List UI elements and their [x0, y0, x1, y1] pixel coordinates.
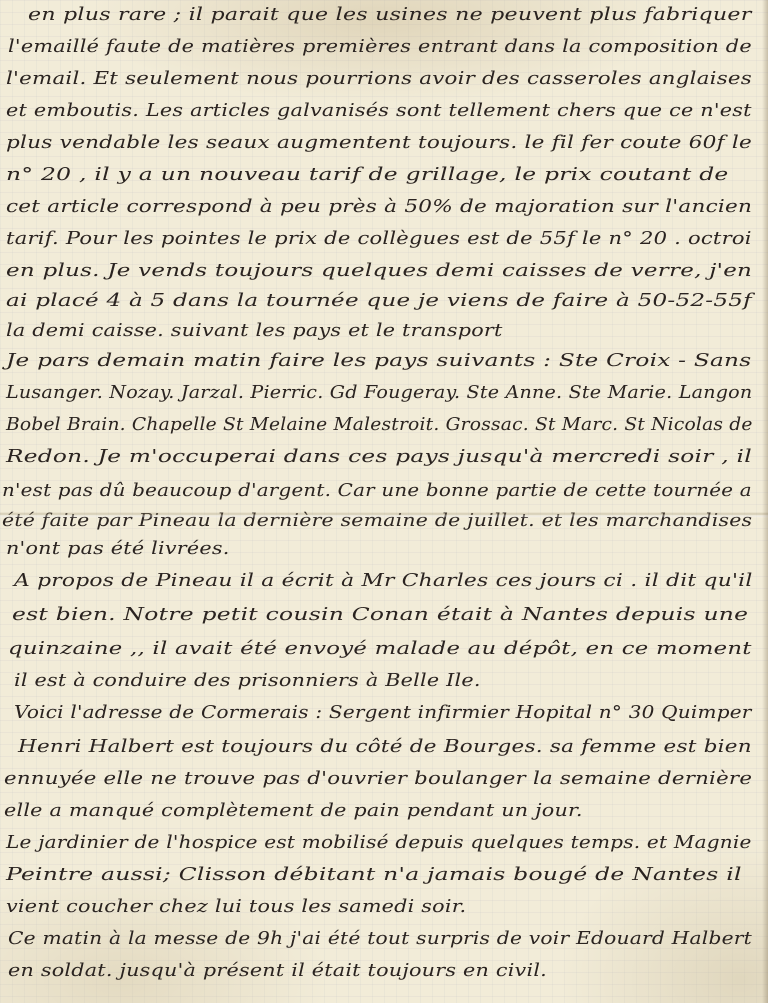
letter-line: Peintre aussi; Clisson débitant n'a jama…	[6, 864, 742, 885]
letter-line: l'emaillé faute de matières premières en…	[8, 36, 752, 57]
letter-line: cet article correspond à peu près à 50% …	[6, 196, 752, 217]
letter-line: ai placé 4 à 5 dans la tournée que je vi…	[6, 290, 752, 311]
letter-line: et emboutis. Les articles galvanisés son…	[6, 100, 752, 121]
letter-line: vient coucher chez lui tous les samedi s…	[6, 896, 466, 917]
letter-line: Voici l'adresse de Cormerais : Sergent i…	[14, 702, 752, 723]
letter-line: en plus. Je vends toujours quelques demi…	[6, 260, 752, 281]
letter-line: n° 20 , il y a un nouveau tarif de grill…	[6, 164, 729, 185]
letter-line: l'email. Et seulement nous pourrions avo…	[6, 68, 752, 89]
letter-line: n'est pas dû beaucoup d'argent. Car une …	[2, 480, 752, 501]
letter-line: il est à conduire des prisonniers à Bell…	[14, 670, 481, 691]
letter-line: quinzaine ,, il avait été envoyé malade …	[8, 638, 752, 659]
letter-line: en plus rare ; il parait que les usines …	[28, 4, 752, 25]
letter-line: Henri Halbert est toujours du côté de Bo…	[18, 736, 752, 757]
letter-line: est bien. Notre petit cousin Conan était…	[12, 604, 748, 625]
letter-page: en plus rare ; il parait que les usines …	[0, 0, 768, 1003]
letter-line: A propos de Pineau il a écrit à Mr Charl…	[14, 570, 753, 591]
letter-line: n'ont pas été livrées.	[6, 538, 230, 559]
letter-line: tarif. Pour les pointes le prix de collè…	[6, 228, 752, 249]
letter-line: elle a manqué complètement de pain penda…	[4, 800, 583, 821]
letter-line: Ce matin à la messe de 9h j'ai été tout …	[8, 928, 752, 949]
letter-line: Le jardinier de l'hospice est mobilisé d…	[6, 832, 752, 853]
letter-line: en soldat. jusqu'à présent il était touj…	[8, 960, 547, 981]
letter-line: Redon. Je m'occuperai dans ces pays jusq…	[6, 446, 752, 467]
letter-line: Je pars demain matin faire les pays suiv…	[6, 350, 751, 371]
letter-line: Lusanger. Nozay. Jarzal. Pierric. Gd Fou…	[6, 382, 752, 403]
paper-edge-shadow	[762, 0, 768, 1003]
letter-line: plus vendable les seaux augmentent toujo…	[6, 132, 752, 153]
letter-line: ennuyée elle ne trouve pas d'ouvrier bou…	[4, 768, 752, 789]
letter-line: la demi caisse. suivant les pays et le t…	[6, 320, 503, 341]
handwritten-text-block: en plus rare ; il parait que les usines …	[0, 0, 768, 1003]
paper-fold-crease	[0, 512, 768, 518]
letter-line: Bobel Brain. Chapelle St Melaine Malestr…	[6, 414, 753, 435]
